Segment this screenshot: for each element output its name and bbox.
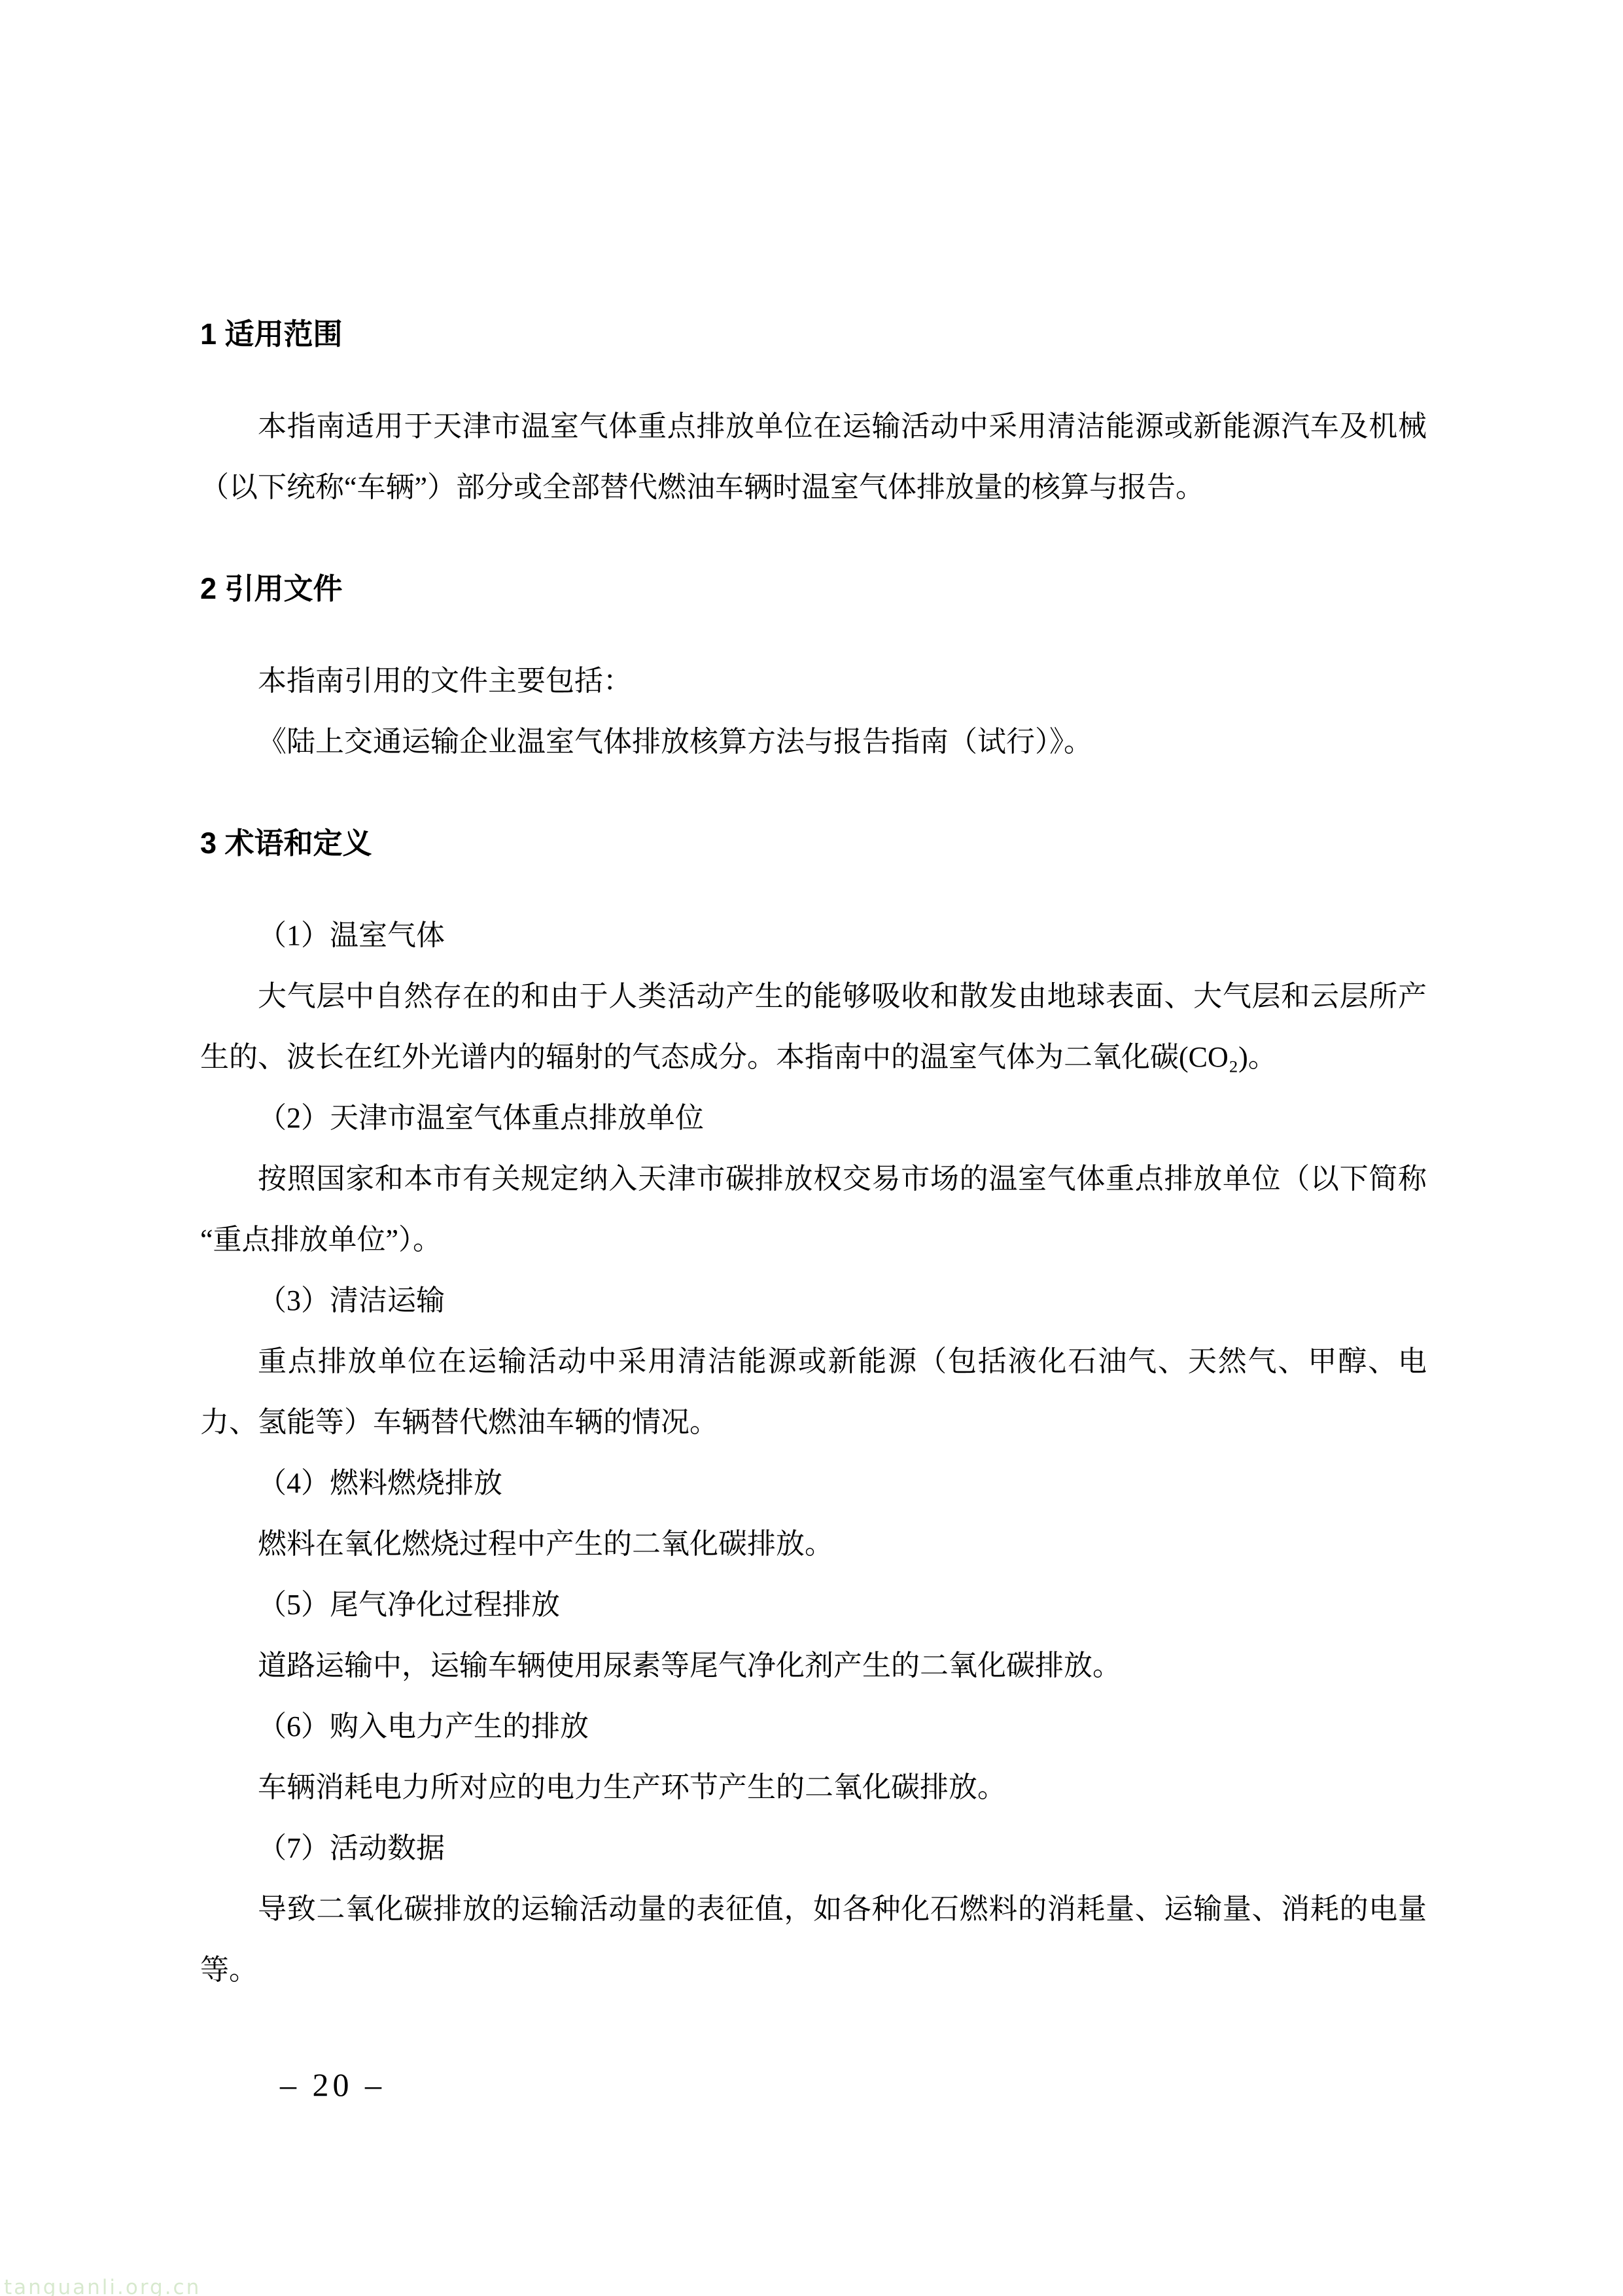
watermark: tanguanli.org.cn: [4, 2276, 201, 2296]
page-number: – 20 –: [280, 2065, 385, 2104]
paragraph: 本指南引用的文件主要包括：: [200, 650, 1427, 711]
section-heading-2: 2 引用文件: [200, 558, 1427, 619]
definition-paragraph: 道路运输中，运输车辆使用尿素等尾气净化剂产生的二氧化碳排放。: [200, 1635, 1427, 1696]
paragraph: 本指南适用于天津市温室气体重点排放单位在运输活动中采用清洁能源或新能源汽车及机械…: [200, 396, 1427, 518]
definition-paragraph: 燃料在氧化燃烧过程中产生的二氧化碳排放。: [200, 1513, 1427, 1574]
definition-paragraph: 导致二氧化碳排放的运输活动量的表征值，如各种化石燃料的消耗量、运输量、消耗的电量…: [200, 1879, 1427, 2000]
paragraph: 《陆上交通运输企业温室气体排放核算方法与报告指南（试行）》。: [200, 711, 1427, 772]
term-paragraph: （1）温室气体: [200, 905, 1427, 966]
term-paragraph: （3）清洁运输: [200, 1270, 1427, 1331]
definition-paragraph: 重点排放单位在运输活动中采用清洁能源或新能源（包括液化石油气、天然气、甲醇、电力…: [200, 1331, 1427, 1453]
section-heading-3: 3 术语和定义: [200, 813, 1427, 874]
document-page: 1 适用范围 本指南适用于天津市温室气体重点排放单位在运输活动中采用清洁能源或新…: [0, 0, 1623, 2296]
definition-paragraph: 大气层中自然存在的和由于人类活动产生的能够吸收和散发由地球表面、大气层和云层所产…: [200, 966, 1427, 1087]
definition-paragraph: 车辆消耗电力所对应的电力生产环节产生的二氧化碳排放。: [200, 1757, 1427, 1818]
document-content: 1 适用范围 本指南适用于天津市温室气体重点排放单位在运输活动中采用清洁能源或新…: [200, 304, 1427, 2000]
term-paragraph: （6）购入电力产生的排放: [200, 1696, 1427, 1757]
section-heading-1: 1 适用范围: [200, 304, 1427, 364]
definition-paragraph: 按照国家和本市有关规定纳入天津市碳排放权交易市场的温室气体重点排放单位（以下简称…: [200, 1148, 1427, 1270]
term-paragraph: （4）燃料燃烧排放: [200, 1453, 1427, 1513]
term-paragraph: （7）活动数据: [200, 1818, 1427, 1879]
term-paragraph: （5）尾气净化过程排放: [200, 1574, 1427, 1635]
term-paragraph: （2）天津市温室气体重点排放单位: [200, 1087, 1427, 1148]
